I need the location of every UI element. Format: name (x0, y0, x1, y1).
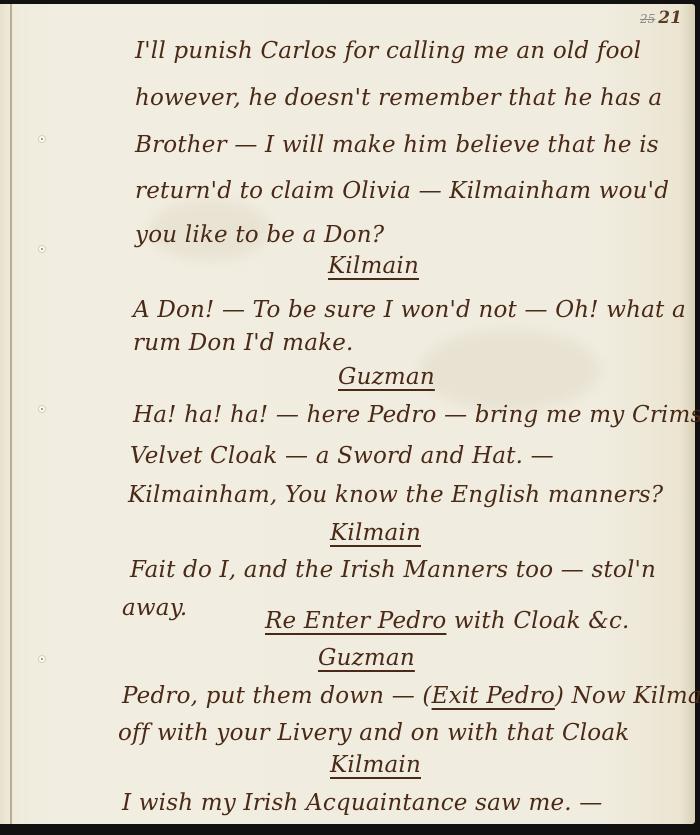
folio-current-number: 21 (658, 8, 682, 28)
speaker-heading: Kilmain (330, 752, 421, 778)
text-fragment: ) Now Kilmainham (555, 683, 700, 709)
sewing-hole-icon (39, 406, 45, 412)
sewing-hole-icon (39, 136, 45, 142)
text-line: however, he doesn't remember that he has… (135, 85, 662, 111)
sewing-hole-icon (39, 246, 45, 252)
speaker-heading: Kilmain (328, 253, 419, 279)
text-line: return'd to claim Olivia — Kilmainham wo… (135, 178, 669, 204)
sewing-hole-icon (39, 656, 45, 662)
text-line: Kilmainham, You know the English manners… (128, 482, 663, 508)
speaker-heading: Kilmain (330, 520, 421, 546)
text-line: Fait do I, and the Irish Manners too — s… (130, 557, 656, 583)
text-fragment: Pedro, put them down — ( (122, 683, 432, 709)
speaker-heading: Guzman (318, 645, 415, 671)
stage-direction: Re Enter Pedro with Cloak &c. (265, 608, 630, 634)
stage-direction-rest: with Cloak &c. (446, 608, 629, 634)
binding-gutter-line (10, 4, 12, 824)
text-line: I'll punish Carlos for calling me an old… (135, 38, 641, 64)
speaker-heading: Guzman (338, 364, 435, 390)
text-line: Ha! ha! ha! — here Pedro — bring me my C… (133, 402, 700, 428)
folio-number: 2521 (640, 8, 682, 28)
text-line: Velvet Cloak — a Sword and Hat. — (130, 443, 554, 469)
text-line: away. (122, 595, 187, 621)
text-line: rum Don I'd make. (133, 330, 354, 356)
text-line: A Don! — To be sure I won'd not — Oh! wh… (133, 297, 686, 323)
exit-stage-direction: Exit Pedro (432, 683, 555, 709)
folio-struck-number: 25 (640, 12, 655, 26)
text-line: I wish my Irish Acquaintance saw me. — (122, 790, 602, 816)
text-line: you like to be a Don? (135, 222, 384, 248)
text-line: Pedro, put them down — (Exit Pedro) Now … (122, 683, 700, 709)
text-line: Brother — I will make him believe that h… (135, 132, 659, 158)
paper-stain (420, 330, 600, 410)
text-line: off with your Livery and on with that Cl… (118, 720, 629, 746)
stage-direction-underlined: Re Enter Pedro (265, 608, 446, 634)
